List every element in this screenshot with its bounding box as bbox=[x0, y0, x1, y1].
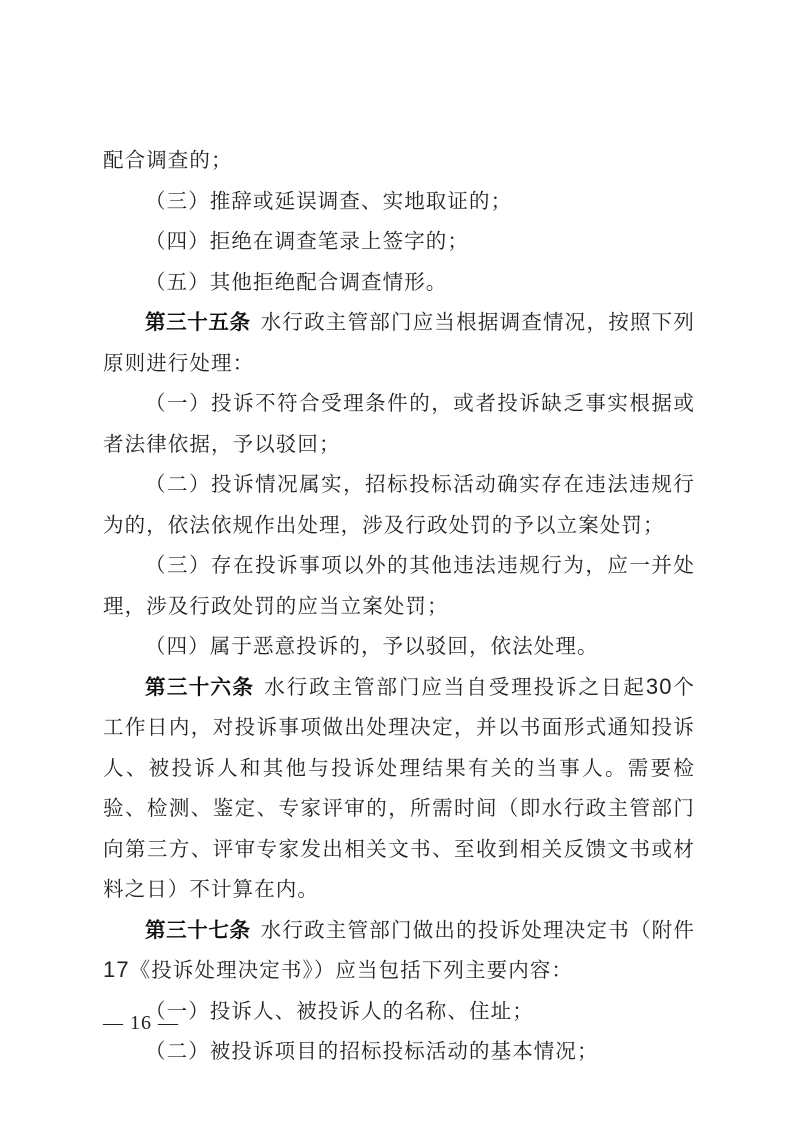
article-35-item-4: （四）属于恶意投诉的，予以驳回，依法处理。 bbox=[103, 626, 695, 667]
article-36-body-end: 个工作日内，对投诉事项做出处理决定，并以书面形式通知投诉人、被投诉人和其他与投诉… bbox=[103, 675, 695, 902]
article-37-number: 第三十七条 bbox=[145, 918, 251, 942]
list-item-3: （三）推辞或延误调查、实地取证的； bbox=[103, 181, 695, 222]
article-35: 第三十五条水行政主管部门应当根据调查情况，按照下列原则进行处理： bbox=[103, 302, 695, 383]
document-page: 配合调查的； （三）推辞或延误调查、实地取证的； （四）拒绝在调查笔录上签字的；… bbox=[103, 140, 695, 1072]
article-35-item-3: （三）存在投诉事项以外的其他违法违规行为，应一并处理，涉及行政处罚的应当立案处罚… bbox=[103, 545, 695, 626]
article-35-item-1: （一）投诉不符合受理条件的，或者投诉缺乏事实根据或者法律依据，予以驳回； bbox=[103, 383, 695, 464]
article-37: 第三十七条水行政主管部门做出的投诉处理决定书（附件17《投诉处理决定书》）应当包… bbox=[103, 910, 695, 991]
article-36-number: 第三十六条 bbox=[145, 675, 254, 699]
article-37-attachment-number: 17 bbox=[103, 957, 130, 982]
article-35-number: 第三十五条 bbox=[145, 310, 251, 334]
article-37-body-end: 《投诉处理决定书》）应当包括下列主要内容： bbox=[130, 958, 573, 982]
article-37-item-2: （二）被投诉项目的招标投标活动的基本情况； bbox=[103, 1031, 695, 1072]
list-item-4: （四）拒绝在调查笔录上签字的； bbox=[103, 221, 695, 262]
page-number: — 16 — bbox=[103, 1012, 179, 1035]
article-35-item-2: （二）投诉情况属实，招标投标活动确实存在违法违规行为的，依法依规作出处理，涉及行… bbox=[103, 464, 695, 545]
article-37-item-1: （一）投诉人、被投诉人的名称、住址； bbox=[103, 991, 695, 1032]
article-36: 第三十六条水行政主管部门应当自受理投诉之日起30个工作日内，对投诉事项做出处理决… bbox=[103, 667, 695, 910]
list-item-5: （五）其他拒绝配合调查情形。 bbox=[103, 262, 695, 303]
article-37-body-start: 水行政主管部门做出的投诉处理决定书（附件 bbox=[261, 918, 695, 942]
article-36-body-start: 水行政主管部门应当自受理投诉之日起 bbox=[264, 675, 646, 699]
article-36-days: 30 bbox=[646, 674, 673, 699]
paragraph-continuation: 配合调查的； bbox=[103, 140, 695, 181]
